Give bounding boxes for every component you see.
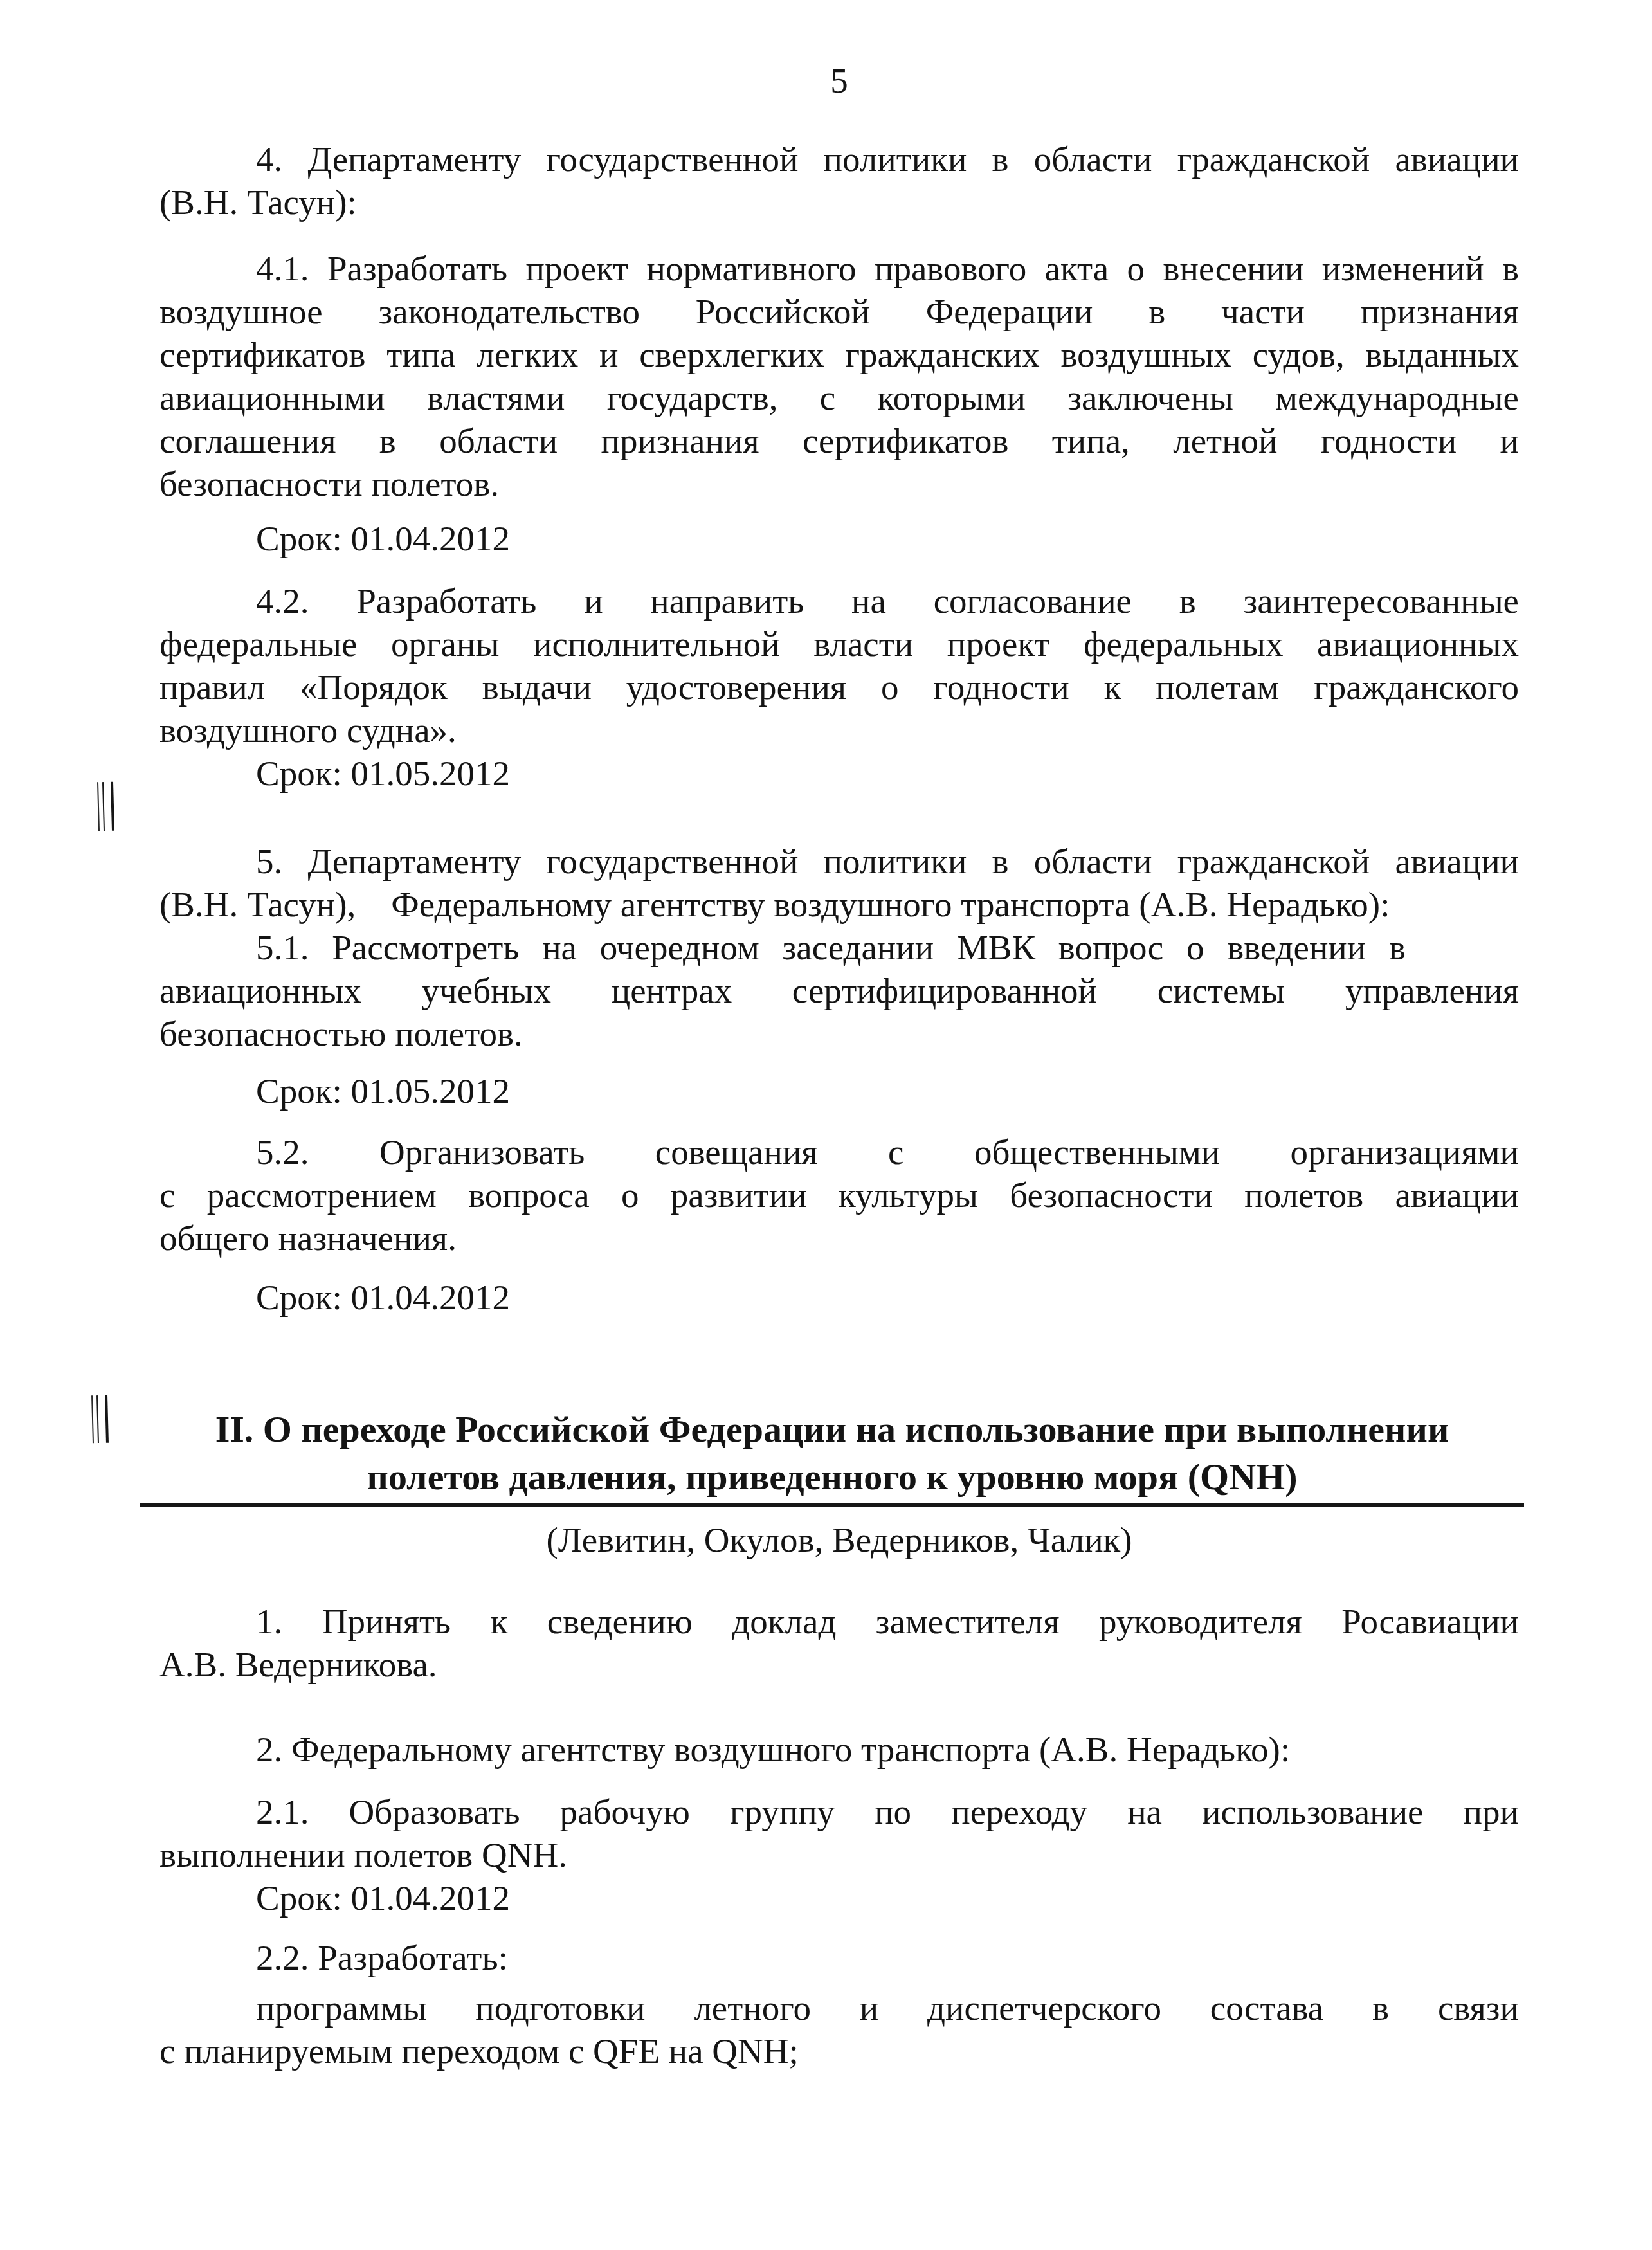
page-number: 5: [159, 59, 1519, 102]
text-line: федеральные органы исполнительной власти…: [159, 622, 1519, 666]
paragraph: 5.2. Организовать совещания с общественн…: [159, 1130, 1519, 1260]
text-line: авиационными властями государств, с кото…: [159, 376, 1519, 419]
section-heading: II. О переходе Российской Федерации на и…: [140, 1406, 1524, 1507]
text-line: правил «Порядок выдачи удостоверения о г…: [159, 666, 1519, 709]
margin-annotation-mark-icon: [97, 782, 114, 831]
text-line: II. О переходе Российской Федерации на и…: [140, 1406, 1524, 1453]
text-line: 2.2. Разработать:: [159, 1936, 1519, 1979]
paragraph: 1. Принять к сведению доклад заместителя…: [159, 1600, 1519, 1686]
mark-stroke: [91, 1395, 99, 1443]
text-line: (В.Н. Тасун), Федеральному агентству воз…: [159, 883, 1519, 926]
text-line: 1. Принять к сведению доклад заместителя…: [159, 1600, 1519, 1643]
mark-stroke: [111, 782, 114, 831]
text-line: с рассмотрением вопроса о развитии культ…: [159, 1174, 1519, 1217]
text-line: 4.1. Разработать проект нормативного пра…: [159, 247, 1519, 290]
paragraph: программы подготовки летного и диспетчер…: [159, 1986, 1519, 2073]
text-line: воздушное законодательство Российской Фе…: [159, 290, 1519, 333]
text-line: сертификатов типа легких и сверхлегких г…: [159, 333, 1519, 376]
text-line: 5.1. Рассмотреть на очередном заседании …: [159, 926, 1519, 969]
deadline-line-block: Срок: 01.04.2012: [159, 1276, 1519, 1319]
mark-stroke: [97, 782, 105, 831]
deadline-line-block: Срок: 01.05.2012: [159, 752, 1519, 795]
text-line: 5. Департаменту государственной политики…: [159, 840, 1519, 883]
paragraph: 4.1. Разработать проект нормативного пра…: [159, 247, 1519, 505]
text-line: Срок: 01.05.2012: [159, 752, 1519, 795]
deadline-line-block: Срок: 01.04.2012: [159, 517, 1519, 560]
text-line: полетов давления, приведенного к уровню …: [140, 1453, 1524, 1501]
text-line: безопасности полетов.: [159, 462, 1519, 505]
paragraph: 2.2. Разработать:: [159, 1936, 1519, 1979]
paragraph: 2. Федеральному агентству воздушного тра…: [159, 1728, 1519, 1771]
text-line: 4.2. Разработать и направить на согласов…: [159, 579, 1519, 622]
speakers-line: (Левитин, Окулов, Ведерников, Чалик): [159, 1518, 1519, 1561]
deadline-line-block: Срок: 01.04.2012: [159, 1876, 1519, 1919]
paragraph: 5. Департаменту государственной политики…: [159, 840, 1519, 926]
document-content: 4. Департаменту государственной политики…: [159, 138, 1519, 2073]
text-line: авиационных учебных центрах сертифициров…: [159, 969, 1519, 1012]
text-line: Срок: 01.04.2012: [159, 1276, 1519, 1319]
text-line: общего назначения.: [159, 1217, 1519, 1260]
deadline-line-block: Срок: 01.05.2012: [159, 1069, 1519, 1112]
text-line: 2.1. Образовать рабочую группу по перехо…: [159, 1790, 1519, 1833]
margin-annotation-mark-icon: [91, 1395, 109, 1444]
paragraph: 4.2. Разработать и направить на согласов…: [159, 579, 1519, 752]
scanned-document-page: 5 4. Департаменту государственной полити…: [0, 0, 1652, 2250]
text-line: с планируемым переходом с QFE на QNH;: [159, 2029, 1519, 2073]
text-line: программы подготовки летного и диспетчер…: [159, 1986, 1519, 2029]
paragraph: 4. Департаменту государственной политики…: [159, 138, 1519, 224]
text-line: 2. Федеральному агентству воздушного тра…: [159, 1728, 1519, 1771]
text-line: Срок: 01.04.2012: [159, 1876, 1519, 1919]
paragraph: 5.1. Рассмотреть на очередном заседании …: [159, 926, 1519, 1055]
text-line: воздушного судна».: [159, 709, 1519, 752]
text-line: Срок: 01.05.2012: [159, 1069, 1519, 1112]
text-line: (В.Н. Тасун):: [159, 181, 1519, 224]
text-line: соглашения в области признания сертифика…: [159, 419, 1519, 462]
text-line: А.В. Ведерникова.: [159, 1643, 1519, 1686]
text-line: 4. Департаменту государственной политики…: [159, 138, 1519, 181]
text-line: 5.2. Организовать совещания с общественн…: [159, 1130, 1519, 1174]
paragraph: 2.1. Образовать рабочую группу по перехо…: [159, 1790, 1519, 1876]
text-line: выполнении полетов QNH.: [159, 1833, 1519, 1876]
text-line: (Левитин, Окулов, Ведерников, Чалик): [159, 1518, 1519, 1561]
text-line: Срок: 01.04.2012: [159, 517, 1519, 560]
mark-stroke: [105, 1395, 109, 1443]
text-line: безопасностью полетов.: [159, 1012, 1519, 1055]
